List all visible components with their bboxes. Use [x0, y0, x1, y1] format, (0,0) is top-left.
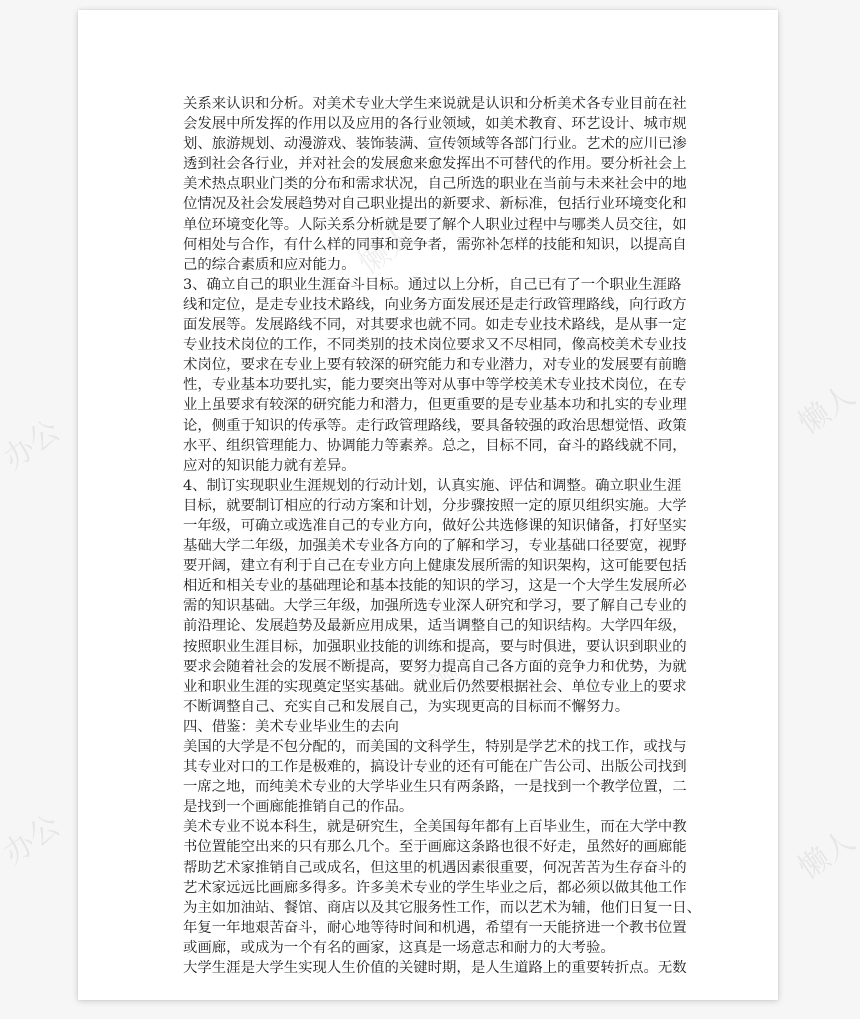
text-line: 线和定位，是走专业技术路线，向业务方面发展还是走行政管理路线，向行政方 — [183, 295, 677, 315]
text-line: 相近和相关专业的基础理论和基本技能的知识的学习，这是一个大学生发展所必 — [183, 576, 677, 596]
text-line: 大学生涯是大学生实现人生价值的关键时期，是人生道路上的重要转折点。无数 — [183, 958, 677, 978]
text-line: 业和职业生涯的实现奠定坚实基础。就业后仍然要根据社会、单位专业上的要求 — [183, 677, 677, 697]
text-line: 透到社会各行业，并对社会的发展愈来愈发挥出不可替代的作用。要分析社会上 — [183, 154, 677, 174]
text-line: 或画廊，或成为一个有名的画家，这真是一场意志和耐力的大考验。 — [183, 938, 677, 958]
text-line: 要开阔，建立有利于自己在专业方向上健康发展所需的知识架构，这可能要包括 — [183, 556, 677, 576]
text-line: 美术热点职业门类的分布和需求状况，自己所选的职业在当前与未来社会中的地 — [183, 174, 677, 194]
watermark-text: 懒人 — [788, 372, 860, 442]
text-line: 书位置能空出来的只有那么几个。至于画廊这条路也很不好走，虽然好的画廊能 — [183, 837, 677, 857]
text-line: 艺术家远远比画廊多得多。许多美术专业的学生毕业之后，都必须以做其他工作 — [183, 878, 677, 898]
text-line: 美国的大学是不包分配的，而美国的文科学生，特别是学艺术的找工作，或找与 — [183, 737, 677, 757]
text-line: 不断调整自己、充实自己和发展自己，为实现更高的目标而不懈努力。 — [183, 697, 677, 717]
text-line: 应对的知识能力就有差异。 — [183, 456, 677, 476]
text-line: 水平、组织管理能力、协调能力等素养。总之，目标不同，奋斗的路线就不同， — [183, 436, 677, 456]
text-line: 年复一年地艰苦奋斗，耐心地等待时间和机遇，希望有一天能挤进一个教书位置 — [183, 918, 677, 938]
text-line: 基础大学二年级，加强美术专业各方向的了解和学习，专业基础口径要宽，视野 — [183, 536, 677, 556]
text-line: 位情况及社会发展趋势对自己职业提出的新要求、新标准，包括行业环境变化和 — [183, 194, 677, 214]
text-line: 业上虽要求有较深的研究能力和潜力，但更重要的是专业基本功和扎实的专业理 — [183, 395, 677, 415]
text-line: 前沿理论、发展趋势及最新应用成果，适当调整自己的知识结构。大学四年级， — [183, 616, 677, 636]
text-line: 需的知识基础。大学三年级，加强所选专业深人研究和学习，要了解自己专业的 — [183, 596, 677, 616]
text-line: 术岗位，要求在专业上要有较深的研究能力和专业潜力，对专业的发展要有前瞻 — [183, 355, 677, 375]
text-line: 四、借鉴：美术专业毕业生的去向 — [183, 717, 677, 737]
text-line: 划、旅游规划、动漫游戏、装饰装满、宣传领域等各部门行业。艺术的应川已渗 — [183, 134, 677, 154]
text-line: 4、制订实现职业生涯规划的行动计划，认真实施、评估和调整。确立职业生涯 — [183, 476, 677, 496]
watermark-text: 懒人 — [788, 817, 860, 887]
text-line: 会发展中所发挥的作用以及应用的各行业领域，如美术教育、环艺设计、城市规 — [183, 114, 677, 134]
text-line: 论，侧重于知识的传承等。走行政管理路线，要具备较强的政治思想觉悟、政策 — [183, 416, 677, 436]
text-line: 其专业对口的工作是极难的，搞设计专业的还有可能在广告公司、出版公司找到 — [183, 757, 677, 777]
text-line: 关系来认识和分析。对美术专业大学生来说就是认识和分析美术各专业目前在社 — [183, 94, 677, 114]
text-line: 专业技术岗位的工作，不同类别的技术岗位要求又不尽相同，像高校美术专业技 — [183, 335, 677, 355]
text-line: 一席之地，而纯美术专业的大学毕业生只有两条路，一是找到一个教学位置，二 — [183, 777, 677, 797]
text-line: 按照职业生涯目标，加强职业技能的训练和提高，要与时俱进，要认识到职业的 — [183, 637, 677, 657]
watermark-text: 办公 — [0, 407, 67, 477]
text-line: 3、确立自己的职业生涯奋斗目标。通过以上分析，自己已有了一个职业生涯路 — [183, 275, 677, 295]
document-body: 关系来认识和分析。对美术专业大学生来说就是认识和分析美术各专业目前在社会发展中所… — [183, 94, 677, 978]
text-line: 要求会随着社会的发展不断提高，要努力提高自己各方面的竞争力和优势，为就 — [183, 657, 677, 677]
text-line: 为主如加油站、餐馆、商店以及其它服务性工作，而以艺术为辅，他们日复一日、 — [183, 898, 677, 918]
text-line: 目标，就要制订相应的行动方案和计划，分步骤按照一定的原贝组织实施。大学 — [183, 496, 677, 516]
document-page: 关系来认识和分析。对美术专业大学生来说就是认识和分析美术各专业目前在社会发展中所… — [78, 10, 778, 1000]
watermark-text: 办公 — [0, 802, 67, 872]
text-line: 性，专业基本功要扎实，能力要突出等对从事中等学校美术专业技术岗位，在专 — [183, 375, 677, 395]
text-line: 己的综合素质和应对能力。 — [183, 255, 677, 275]
text-line: 帮助艺术家推销自己或成名，但这里的机遇因素很重要，何况苦苦为生存奋斗的 — [183, 858, 677, 878]
text-line: 单位环境变化等。人际关系分析就是要了解个人职业过程中与哪类人员交往，如 — [183, 215, 677, 235]
text-line: 美术专业不说本科生，就是研究生，全美国每年都有上百毕业生，而在大学中教 — [183, 817, 677, 837]
text-line: 一年级，可确立或选准自己的专业方向，做好公共选修课的知识储备，打好坚实 — [183, 516, 677, 536]
text-line: 面发展等。发展路线不同，对其要求也就不同。如走专业技术路线，是从事一定 — [183, 315, 677, 335]
text-line: 是找到一个画廊能推销自己的作品。 — [183, 797, 677, 817]
text-line: 何相处与合作，有什么样的同事和竞争者，需弥补怎样的技能和知识，以提高自 — [183, 235, 677, 255]
